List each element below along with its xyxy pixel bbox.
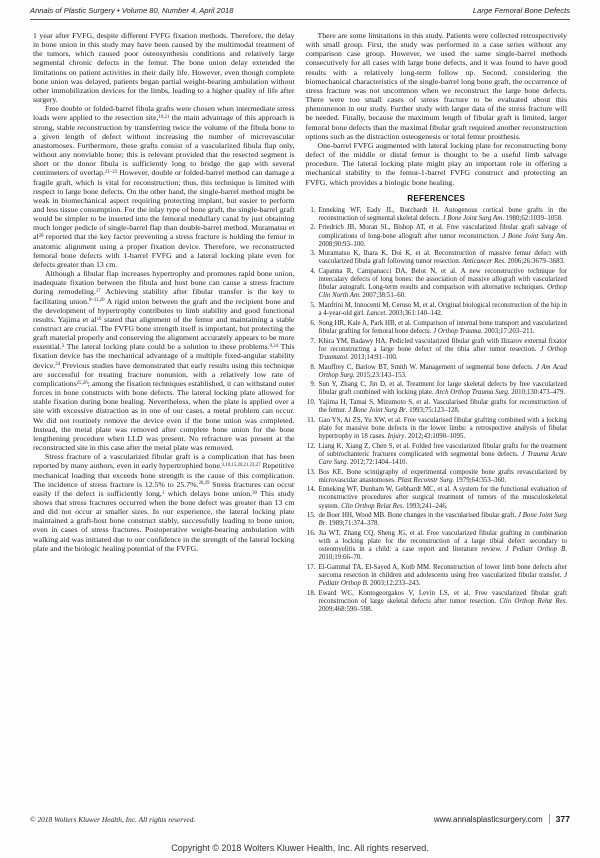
reference-number: 10. (306, 399, 316, 407)
reference-number: 16. (306, 530, 316, 538)
reference-number: 7. (306, 338, 316, 346)
reference-number: 8. (306, 364, 316, 372)
copyright-notice: © 2018 Wolters Kluwer Health, Inc. All r… (30, 815, 195, 824)
paragraph: There are some limitations in this study… (306, 31, 568, 141)
reference-number: 5. (306, 302, 316, 310)
reference-item: 7.Khira YM, Badawy HA. Pedicled vascular… (306, 338, 568, 362)
reference-number: 13. (306, 469, 316, 477)
reference-number: 4. (306, 268, 316, 276)
reference-item: 6.Song HR, Kale A, Park HB, et al. Compa… (306, 320, 568, 336)
reference-item: 2.Friedrich JB, Moran SL, Bishop AT, et … (306, 224, 568, 248)
paragraph: Free double or folded-barrel fibula graf… (33, 104, 295, 269)
left-column: 1 year after FVFG, despite different FVF… (33, 31, 295, 798)
reference-item: 15.de Boer HH, Wood MB. Bone changes in … (306, 512, 568, 528)
footer-right: www.annalsplasticsurgery.com 377 (434, 814, 570, 824)
reference-number: 6. (306, 320, 316, 328)
right-column-paragraphs: There are some limitations in this study… (306, 31, 568, 187)
paragraph: 1 year after FVFG, despite different FVF… (33, 31, 295, 104)
page-number: 377 (556, 814, 570, 824)
references-heading: REFERENCES (306, 194, 568, 203)
footer-divider (549, 814, 550, 824)
reference-item: 3.Muramatsu K, Ihara K, Doi K, et al. Re… (306, 250, 568, 266)
paragraph: Stress fracture of a vascularized fibula… (33, 452, 295, 553)
copyright-watermark: Copyright © 2018 Wolters Kluwer Health, … (0, 843, 600, 853)
reference-item: 18.Eward WC, Kontogeorgakos V, Levin LS,… (306, 590, 568, 614)
reference-number: 9. (306, 381, 316, 389)
reference-number: 12. (306, 443, 316, 451)
page-header: Annals of Plastic Surgery • Volume 80, N… (30, 6, 570, 15)
article-body: 1 year after FVFG, despite different FVF… (33, 31, 567, 798)
running-title: Large Femoral Bone Defects (473, 6, 570, 15)
reference-number: 15. (306, 512, 316, 520)
reference-item: 8.Mauffrey C, Barlow BT, Smith W. Manage… (306, 364, 568, 380)
right-column: There are some limitations in this study… (306, 31, 568, 798)
reference-item: 9.Sun Y, Zhang C, Jin D, et al. Treatmen… (306, 381, 568, 397)
reference-number: 14. (306, 486, 316, 494)
journal-website: www.annalsplasticsurgery.com (434, 815, 543, 824)
reference-item: 10.Yajima H, Tamai S, Mizumoto S, et al.… (306, 399, 568, 415)
reference-item: 17.El-Gammal TA, El-Sayed A, Kotb MM. Re… (306, 564, 568, 588)
paragraph: Although a fibular flap increases hypert… (33, 269, 295, 452)
reference-item: 14.Enneking WF, Dunham W, Gebhardt MC, e… (306, 486, 568, 510)
reference-item: 11.Gao YS, Ai ZS, Yu XW, et al. Free vas… (306, 417, 568, 441)
reference-item: 16.Jia WT, Zhang CQ, Sheng JG, et al. Fr… (306, 530, 568, 562)
reference-number: 18. (306, 590, 316, 598)
references-list: 1.Enneking WF, Eady JL, Burchardt H. Aut… (306, 207, 568, 615)
reference-item: 12.Liang K, Xiang Z, Chen S, et al. Fold… (306, 443, 568, 467)
reference-number: 11. (306, 417, 316, 425)
reference-item: 5.Manfrini M, Innocenti M, Ceruso M, et … (306, 302, 568, 318)
reference-item: 1.Enneking WF, Eady JL, Burchardt H. Aut… (306, 207, 568, 223)
reference-number: 17. (306, 564, 316, 572)
reference-item: 4.Capanna R, Campanacci DA, Belot N, et … (306, 268, 568, 300)
paragraph: One-barrel FVFG augmented with lateral l… (306, 141, 568, 187)
journal-citation: Annals of Plastic Surgery • Volume 80, N… (30, 6, 233, 15)
page-footer: © 2018 Wolters Kluwer Health, Inc. All r… (30, 814, 570, 824)
header-rule (30, 19, 570, 20)
reference-item: 13.Bos KE. Bone scintigraphy of experime… (306, 469, 568, 485)
reference-number: 1. (306, 207, 316, 215)
journal-page: Annals of Plastic Surgery • Volume 80, N… (0, 0, 600, 858)
reference-number: 3. (306, 250, 316, 258)
reference-number: 2. (306, 224, 316, 232)
